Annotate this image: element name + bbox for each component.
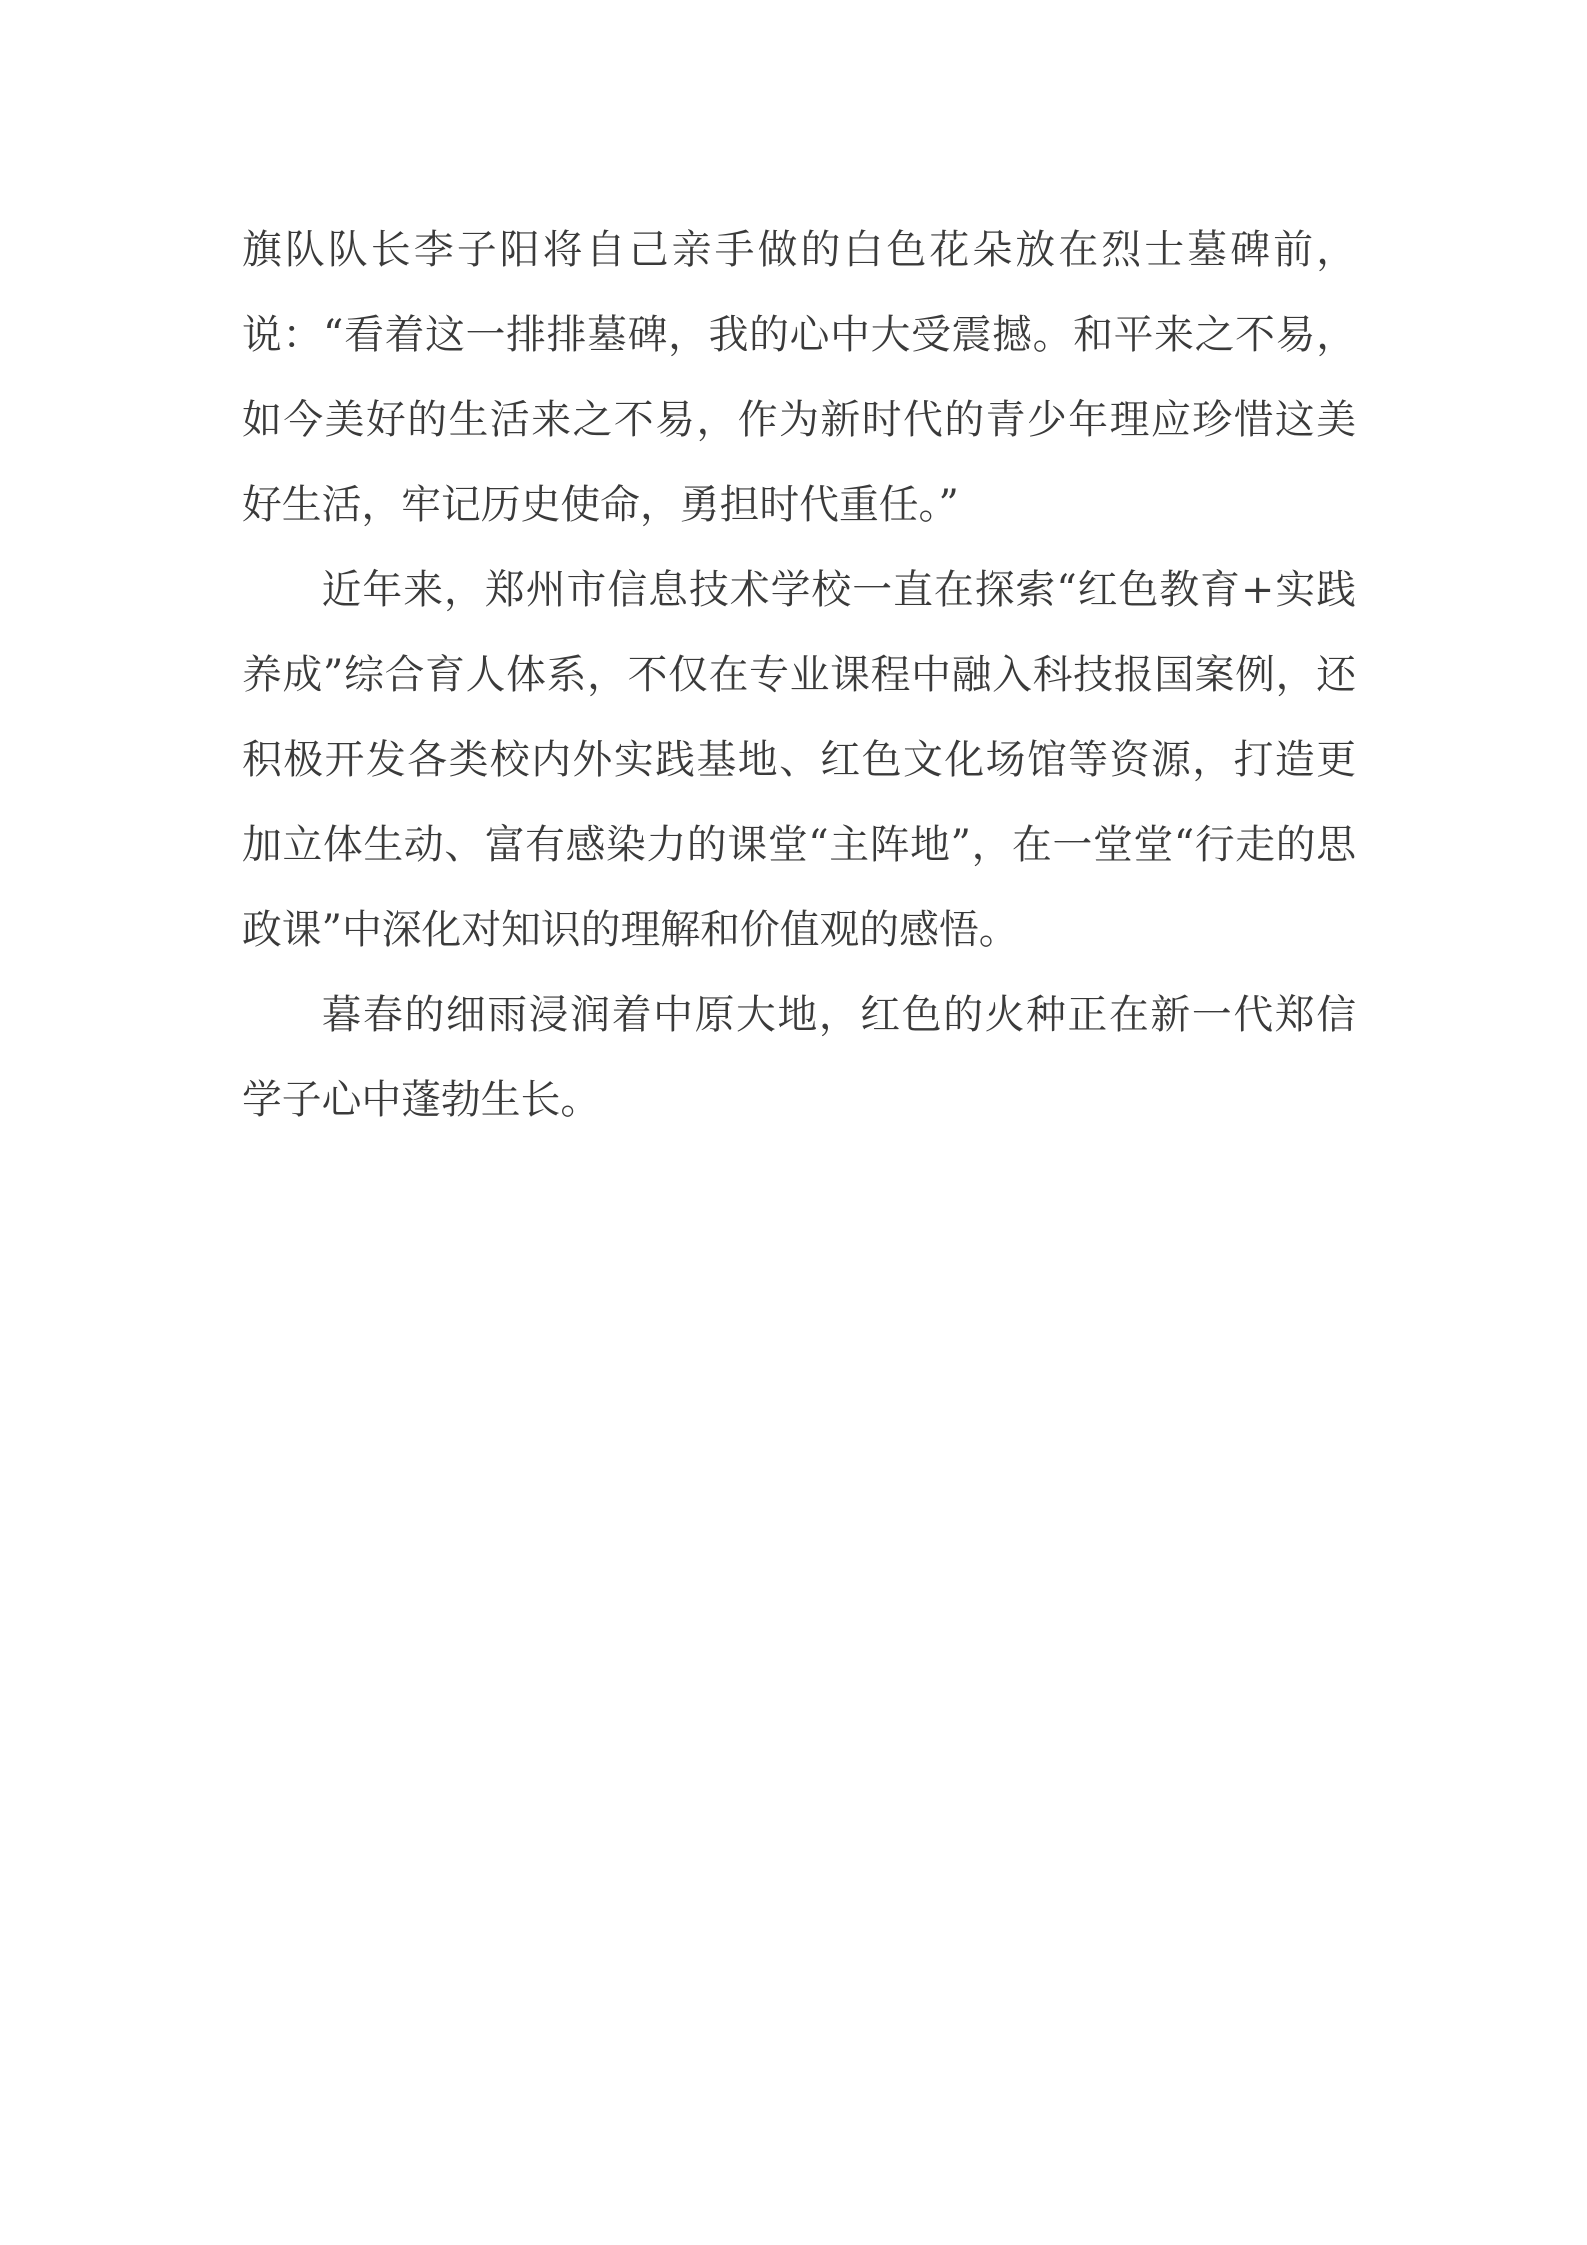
paragraph-closing: 暮春的细雨浸润着中原大地，红色的火种正在新一代郑信学子心中蓬勃生长。 bbox=[242, 973, 1356, 1143]
document-page: 旗队队长李子阳将自己亲手做的白色花朵放在烈士墓碑前，说：“看着这一排排墓碑，我的… bbox=[242, 208, 1356, 1143]
paragraph-quote-li-ziyang: 旗队队长李子阳将自己亲手做的白色花朵放在烈士墓碑前，说：“看着这一排排墓碑，我的… bbox=[242, 208, 1356, 548]
paragraph-school-education-system: 近年来，郑州市信息技术学校一直在探索“红色教育+实践养成”综合育人体系，不仅在专… bbox=[242, 548, 1356, 973]
